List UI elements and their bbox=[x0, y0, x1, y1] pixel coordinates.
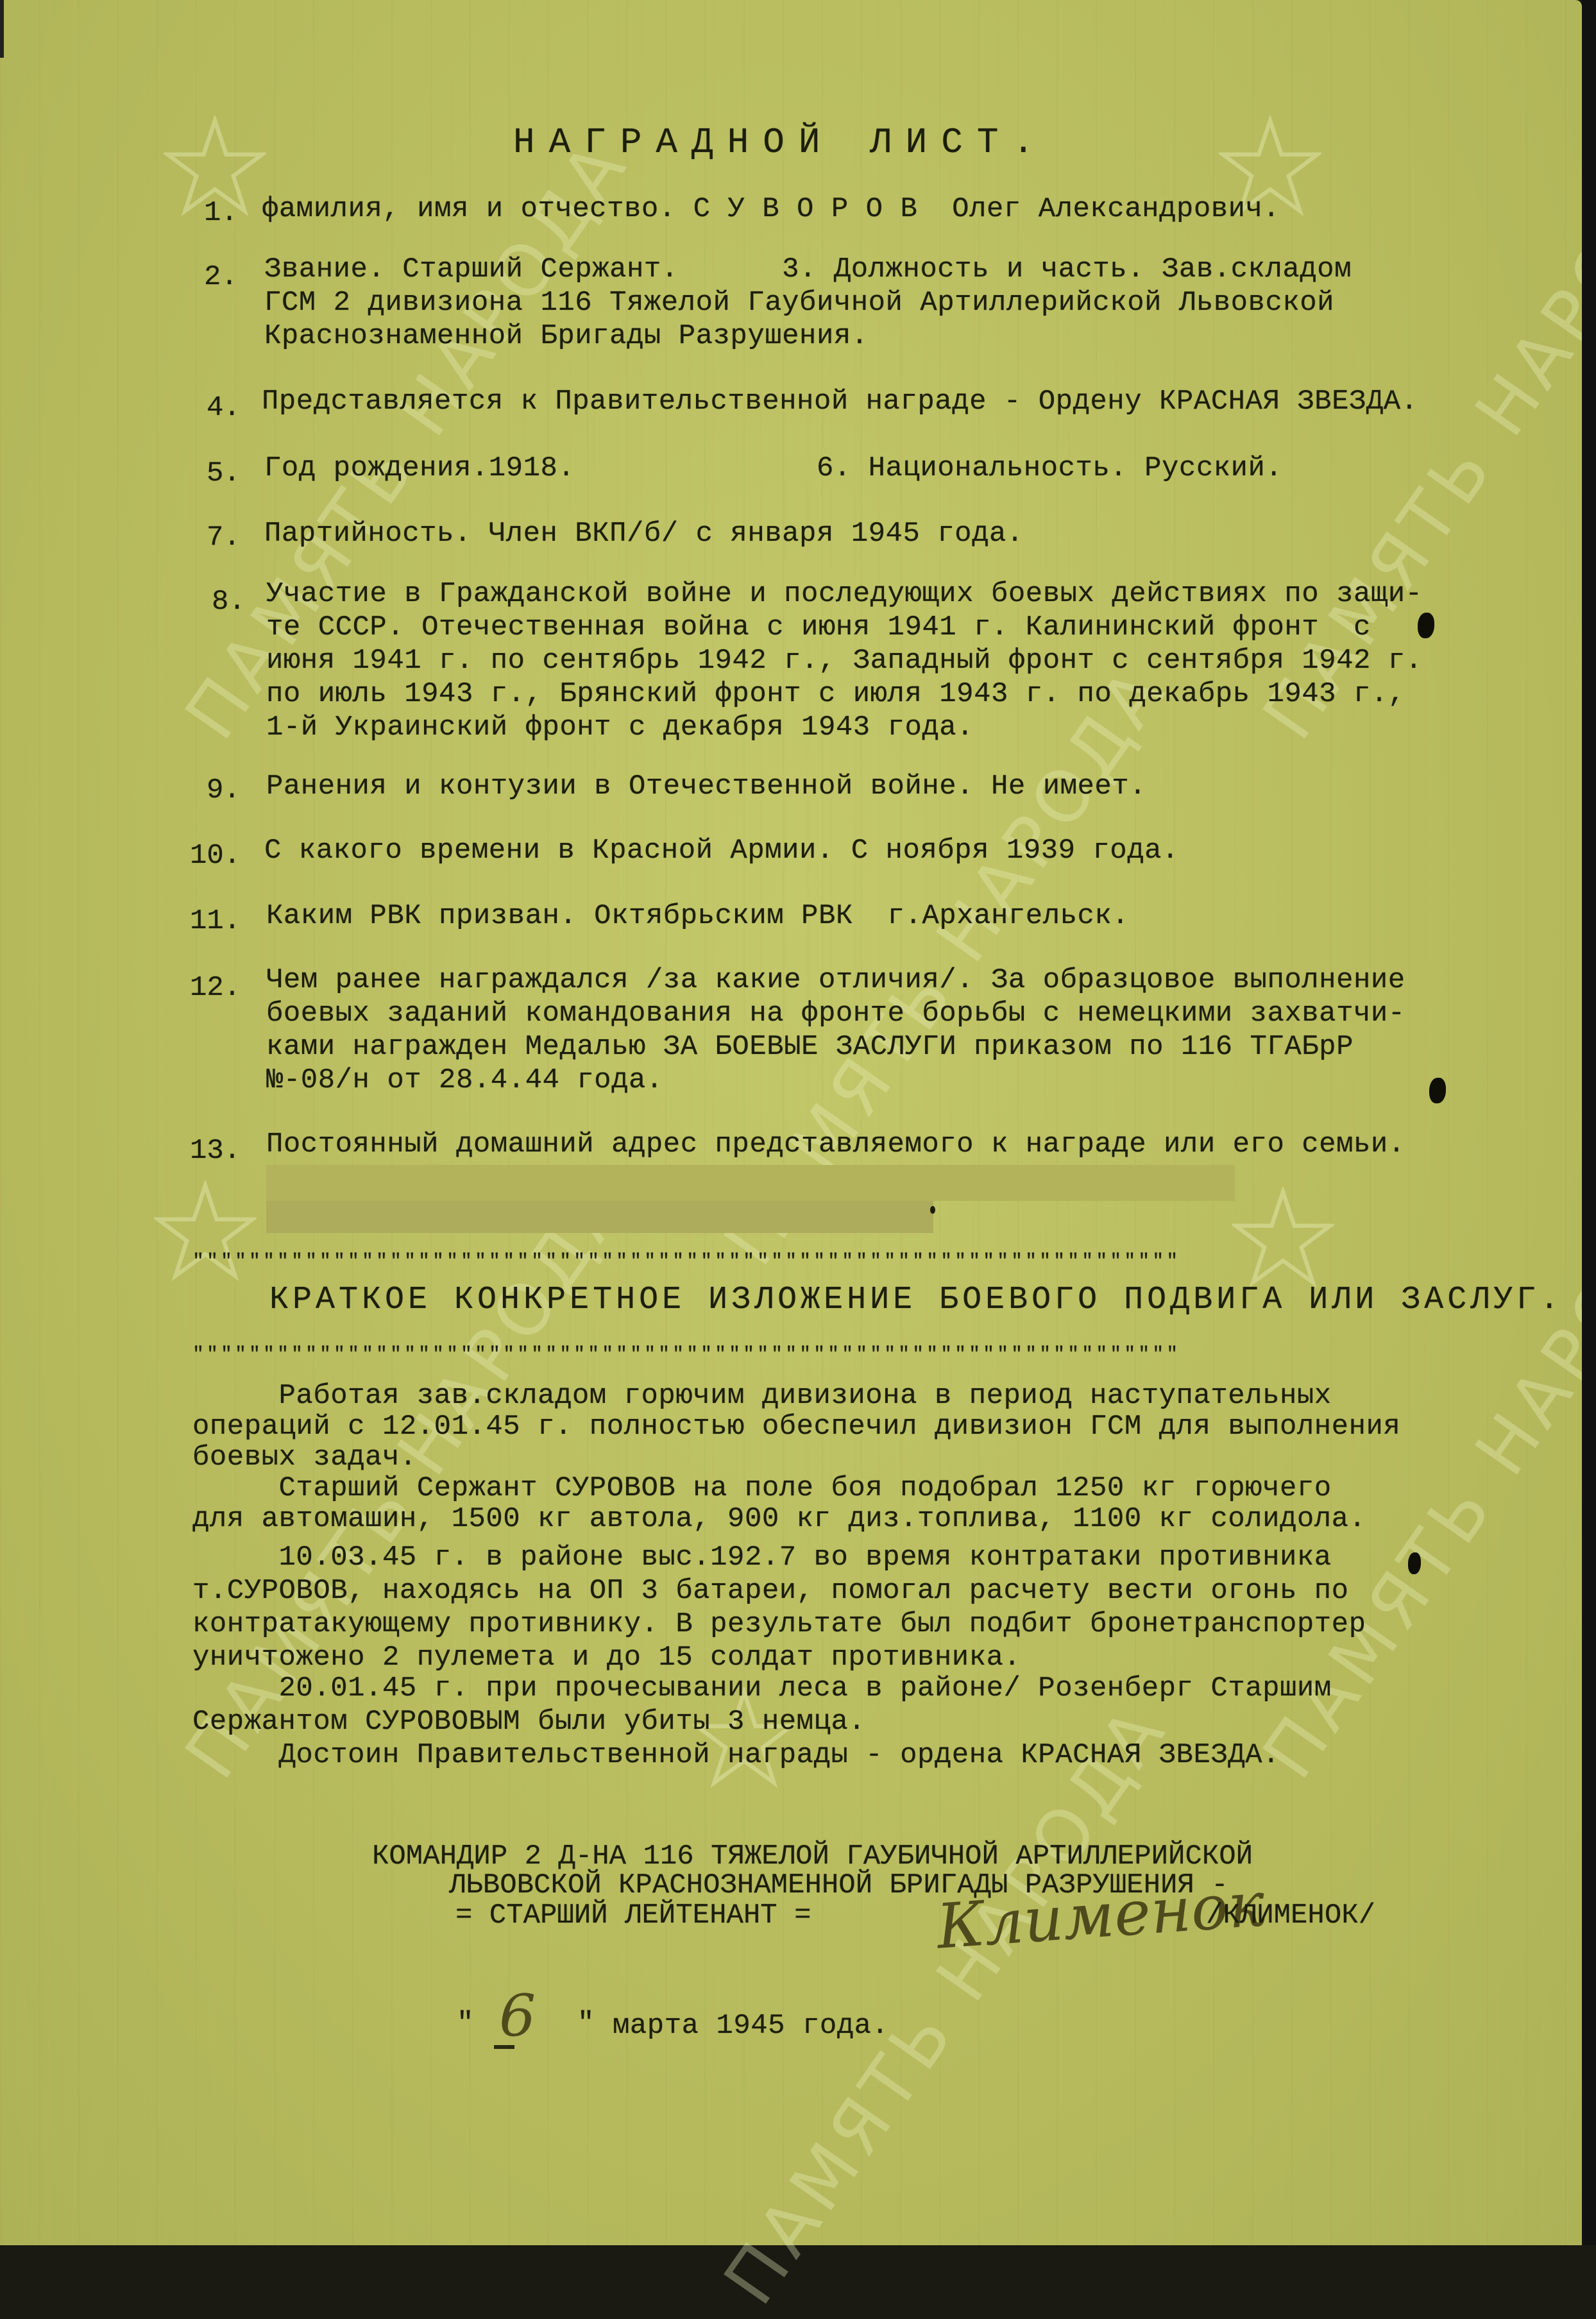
paper-hole-mark bbox=[1429, 1078, 1446, 1103]
narrative-line: 10.03.45 г. в районе выс.192.7 во время … bbox=[192, 1541, 1332, 1574]
paper-hole-mark bbox=[1408, 1552, 1421, 1574]
item-home-address: Постоянный домашний адрес представляемог… bbox=[266, 1128, 1405, 1161]
watermark-text: ПАМЯТЬ НАРОДА bbox=[708, 1689, 1184, 2245]
separator-line: """"""""""""""""""""""""""""""""""""""""… bbox=[192, 1251, 1578, 1273]
item-number: 10. bbox=[190, 839, 241, 872]
item-combat-participation-line3: июня 1941 г. по сентябрь 1942 г., Западн… bbox=[266, 644, 1423, 677]
narrative-line: для автомашин, 1500 кг автола, 900 кг ди… bbox=[192, 1502, 1366, 1536]
period-mark bbox=[930, 1206, 935, 1214]
item-number: 9. bbox=[207, 774, 241, 807]
item-previous-awards-line3: ками награжден Медалью ЗА БОЕВЫЕ ЗАСЛУГИ… bbox=[266, 1030, 1354, 1064]
item-combat-participation: Участие в Гражданской войне и последующи… bbox=[266, 577, 1423, 611]
narrative-line: боевых задач. bbox=[192, 1441, 417, 1474]
item-award-nominated: Представляется к Правительственной награ… bbox=[262, 385, 1418, 418]
item-previous-awards-line4: №-08/н от 28.4.44 года. bbox=[266, 1064, 663, 1097]
narrative-line: т.СУРОВОВ, находясь на ОП 3 батареи, пом… bbox=[192, 1574, 1349, 1608]
narrative-line: Работая зав.складом горючим дивизиона в … bbox=[192, 1379, 1332, 1413]
date-open-quote: " bbox=[457, 2007, 474, 2040]
narrative-line: уничтожено 2 пулемета и до 15 солдат про… bbox=[192, 1641, 1021, 1674]
item-previous-awards-line2: боевых заданий командования на фронте бо… bbox=[266, 997, 1405, 1030]
item-number: 2. bbox=[204, 260, 238, 294]
item-number: 11. bbox=[190, 905, 241, 938]
item-rank-position-line3: Краснознаменной Бригады Разрушения. bbox=[264, 319, 869, 353]
item-combat-participation-line4: по июль 1943 г., Брянский фронт с июля 1… bbox=[266, 677, 1405, 711]
item-full-name: фамилия, имя и отчество. С У В О Р О В О… bbox=[262, 192, 1280, 226]
section-title: КРАТКОЕ КОНКРЕТНОЕ ИЗЛОЖЕНИЕ БОЕВОГО ПОД… bbox=[269, 1282, 1563, 1318]
item-number: 1. bbox=[204, 196, 238, 230]
redacted-address-block bbox=[266, 1201, 933, 1233]
item-combat-participation-line5: 1-й Украинский фронт с декабря 1943 года… bbox=[266, 711, 974, 744]
scan-border-right bbox=[1582, 0, 1596, 2245]
item-birth-year-nationality: Год рождения.1918. 6. Национальность. Ру… bbox=[264, 452, 1282, 485]
item-number: 13. bbox=[190, 1134, 241, 1168]
narrative-line: Сержантом СУРОВОВЫМ были убиты 3 немца. bbox=[192, 1705, 865, 1738]
item-party-membership: Партийность. Член ВКП/б/ с января 1945 г… bbox=[264, 517, 1024, 550]
narrative-line: 20.01.45 г. при прочесывании леса в райо… bbox=[192, 1672, 1332, 1705]
redacted-address-block bbox=[266, 1165, 1235, 1201]
item-conscription-office: Каким РВК призван. Октябрьским РВК г.Арх… bbox=[266, 899, 1129, 933]
item-rank-position: Звание. Старший Сержант. 3. Должность и … bbox=[264, 253, 1352, 286]
item-number: 4. bbox=[207, 391, 241, 425]
item-rank-position-line2: ГСМ 2 дивизиона 116 Тяжелой Гаубичной Ар… bbox=[264, 286, 1334, 319]
item-number: 5. bbox=[207, 457, 241, 490]
narrative-line: Старший Сержант СУРОВОВ на поле боя подо… bbox=[192, 1472, 1332, 1505]
date-day-underline bbox=[494, 2045, 514, 2049]
signatory-name: /КЛИМЕНОК/ bbox=[1206, 1900, 1375, 1931]
item-number: 7. bbox=[207, 521, 241, 554]
signatory-rank: = СТАРШИЙ ЛЕЙТЕНАНТ = bbox=[455, 1900, 811, 1931]
date-close-quote: " bbox=[577, 2007, 595, 2040]
item-combat-participation-line2: те СССР. Отечественная война с июня 1941… bbox=[266, 611, 1371, 644]
item-army-since: С какого времени в Красной Армии. С нояб… bbox=[264, 834, 1179, 867]
narrative-line: контратакующему противнику. В результате… bbox=[192, 1608, 1366, 1641]
item-wounds: Ранения и контузии в Отечественной войне… bbox=[266, 770, 1146, 803]
signatory-title: КОМАНДИР 2 Д-НА 116 ТЯЖЕЛОЙ ГАУБИЧНОЙ АР… bbox=[372, 1841, 1253, 1872]
narrative-line: операций с 12.01.45 г. полностью обеспеч… bbox=[192, 1410, 1400, 1443]
star-watermark-icon bbox=[1232, 1187, 1334, 1289]
item-number: 12. bbox=[190, 971, 241, 1005]
date-day-handwritten: 6 bbox=[499, 1982, 536, 2050]
item-previous-awards: Чем ранее награждался /за какие отличия/… bbox=[266, 964, 1405, 997]
scan-border-left bbox=[0, 0, 4, 58]
document-title: НАГРАДНОЙ ЛИСТ. bbox=[513, 122, 1048, 163]
item-number: 8. bbox=[212, 585, 246, 618]
separator-line: """"""""""""""""""""""""""""""""""""""""… bbox=[192, 1344, 1578, 1366]
paper-hole-mark bbox=[1418, 613, 1434, 638]
date-month-year: марта 1945 года. bbox=[613, 2009, 888, 2043]
award-sheet-page: ПАМЯТЬ НАРОДА ПАМЯТЬ НАРОДА ПАМЯТЬ НАРОД… bbox=[0, 0, 1582, 2245]
narrative-line: Достоин Правительственной награды - орде… bbox=[192, 1738, 1280, 1772]
